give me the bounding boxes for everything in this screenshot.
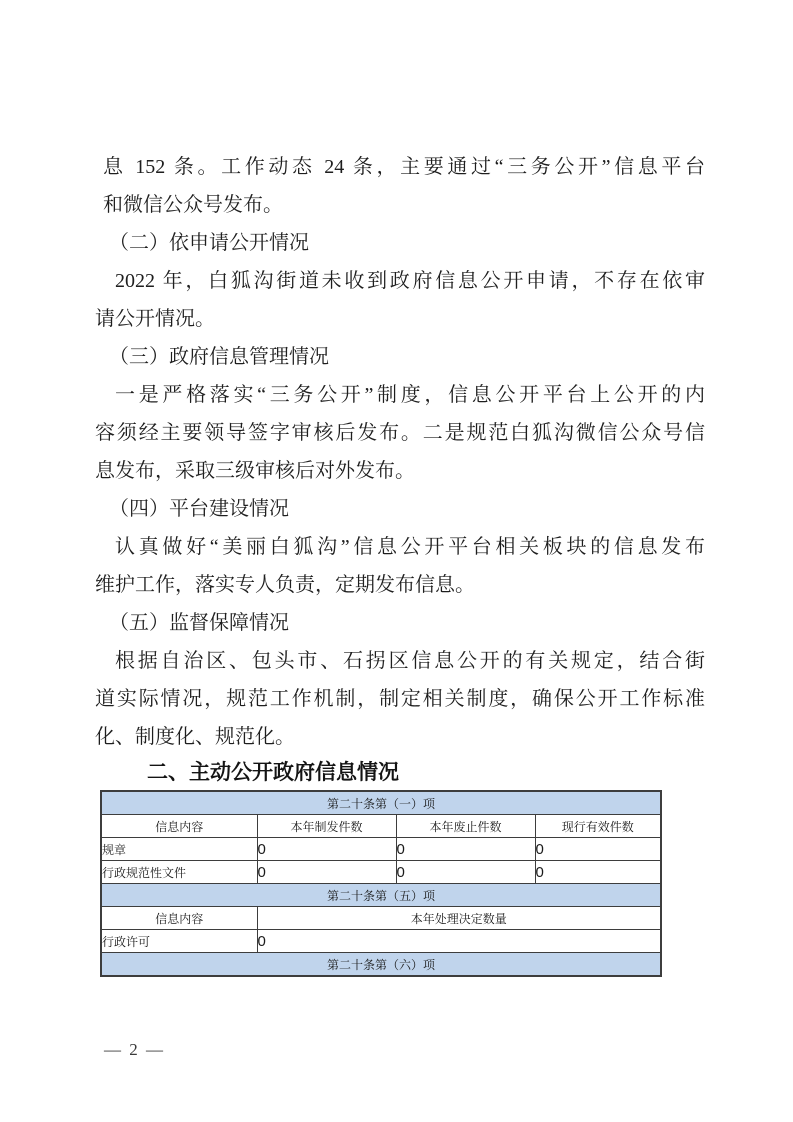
body-line: 息发布，采取三级审核后对外发布。 bbox=[95, 452, 705, 490]
table-value-cell: 0 bbox=[396, 838, 535, 861]
body-line: 认真做好“美丽白狐沟”信息公开平台相关板块的信息发布 bbox=[95, 528, 705, 566]
table-label-cell: 行政规范性文件 bbox=[101, 861, 257, 884]
info-disclosure-table: 第二十条第（一）项 信息内容 本年制发件数 本年废止件数 现行有效件数 规章 0… bbox=[100, 790, 662, 977]
table-row: 规章 0 0 0 bbox=[101, 838, 661, 861]
body-line: 和微信公众号发布。 bbox=[95, 186, 705, 224]
table-value-cell: 0 bbox=[257, 838, 396, 861]
table-value-cell: 0 bbox=[535, 861, 661, 884]
table-value-cell: 0 bbox=[257, 861, 396, 884]
table-section-band: 第二十条第（一）项 bbox=[101, 791, 661, 815]
subsection-heading: （二）依申请公开情况 bbox=[95, 224, 705, 262]
table-value-cell: 0 bbox=[396, 861, 535, 884]
body-line: 维护工作，落实专人负责，定期发布信息。 bbox=[95, 566, 705, 604]
subsection-heading: （三）政府信息管理情况 bbox=[95, 338, 705, 376]
table-value-cell: 0 bbox=[257, 930, 661, 953]
body-line: 一是严格落实“三务公开”制度，信息公开平台上公开的内 bbox=[95, 376, 705, 414]
subsection-heading: （四）平台建设情况 bbox=[95, 490, 705, 528]
body-line: 根据自治区、包头市、石拐区信息公开的有关规定，结合街 bbox=[95, 642, 705, 680]
body-line: 2022 年，白狐沟街道未收到政府信息公开申请，不存在依审 bbox=[95, 262, 705, 300]
table-header-cell: 本年废止件数 bbox=[396, 815, 535, 838]
section-heading: 二、主动公开政府信息情况 bbox=[95, 756, 705, 790]
table-row: 行政规范性文件 0 0 0 bbox=[101, 861, 661, 884]
table-label-cell: 行政许可 bbox=[101, 930, 257, 953]
subsection-heading: （五）监督保障情况 bbox=[95, 604, 705, 642]
table-header-row: 信息内容 本年处理决定数量 bbox=[101, 907, 661, 930]
table-band-cell: 第二十条第（五）项 bbox=[101, 884, 661, 907]
table-section-band: 第二十条第（六）项 bbox=[101, 953, 661, 977]
body-line: 请公开情况。 bbox=[95, 300, 705, 338]
table-band-cell: 第二十条第（一）项 bbox=[101, 791, 661, 815]
table-label-cell: 规章 bbox=[101, 838, 257, 861]
table-section-band: 第二十条第（五）项 bbox=[101, 884, 661, 907]
table-value-cell: 0 bbox=[535, 838, 661, 861]
table-header-cell: 现行有效件数 bbox=[535, 815, 661, 838]
table-band-cell: 第二十条第（六）项 bbox=[101, 953, 661, 977]
document-page: 息 152 条。工作动态 24 条，主要通过“三务公开”信息平台 和微信公众号发… bbox=[0, 0, 793, 1122]
page-number: — 2 — bbox=[104, 1040, 165, 1060]
body-line: 容须经主要领导签字审核后发布。二是规范白狐沟微信公众号信 bbox=[95, 414, 705, 452]
table-header-cell: 本年制发件数 bbox=[257, 815, 396, 838]
table-header-row: 信息内容 本年制发件数 本年废止件数 现行有效件数 bbox=[101, 815, 661, 838]
table-header-cell: 信息内容 bbox=[101, 815, 257, 838]
body-text: 息 152 条。工作动态 24 条，主要通过“三务公开”信息平台 和微信公众号发… bbox=[95, 148, 705, 977]
table-header-cell: 信息内容 bbox=[101, 907, 257, 930]
table-header-cell: 本年处理决定数量 bbox=[257, 907, 661, 930]
table-row: 行政许可 0 bbox=[101, 930, 661, 953]
body-line: 道实际情况，规范工作机制，制定相关制度，确保公开工作标准 bbox=[95, 680, 705, 718]
body-line: 化、制度化、规范化。 bbox=[95, 718, 705, 756]
body-line: 息 152 条。工作动态 24 条，主要通过“三务公开”信息平台 bbox=[95, 148, 705, 186]
